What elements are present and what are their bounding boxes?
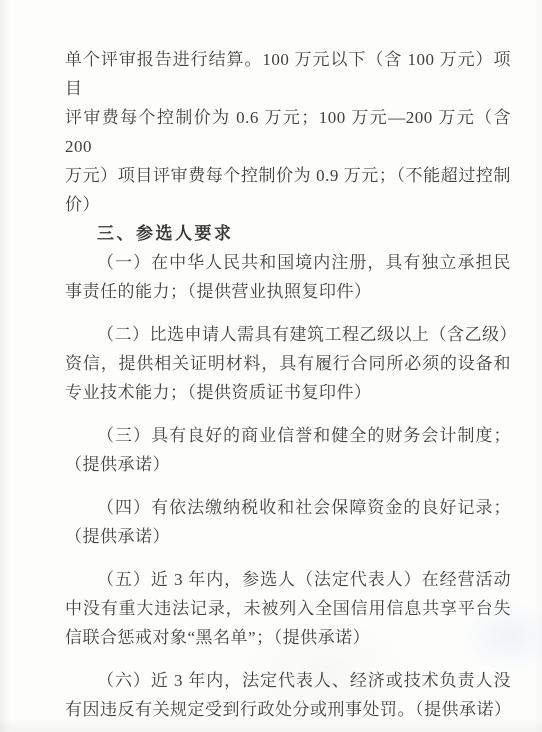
text-line: （六）近 3 年内，法定代表人、经济或技术负责人没 (65, 666, 511, 695)
text-line: 资信，提供相关证明材料，具有履行合同所必须的设备和 (65, 349, 511, 378)
requirement-item-4: （四）有依法缴纳税收和社会保障资金的良好记录；（提供承诺） (65, 493, 511, 551)
text-line: （三）具有良好的商业信誉和健全的财务会计制度； (65, 421, 511, 450)
requirement-item-3: （三）具有良好的商业信誉和健全的财务会计制度；（提供承诺） (65, 421, 511, 479)
document-body: 单个评审报告进行结算。100 万元以下（含 100 万元）项目评审费每个控制价为… (65, 45, 511, 724)
text-line: 事责任的能力；（提供营业执照复印件） (65, 277, 511, 306)
text-line: 评审费每个控制价为 0.6 万元；100 万元—200 万元（含 200 (65, 103, 511, 161)
text-line: 单个评审报告进行结算。100 万元以下（含 100 万元）项目 (65, 45, 511, 103)
requirement-item-2: （二）比选申请人需具有建筑工程乙级以上（含乙级）资信，提供相关证明材料，具有履行… (65, 320, 511, 407)
text-line: 价） (65, 190, 511, 219)
text-line: 专业技术能力；（提供资质证书复印件） (65, 378, 511, 407)
requirement-item-5: （五）近 3 年内，参选人（法定代表人）在经营活动中没有重大违法记录，未被列入全… (65, 565, 511, 652)
fee-settlement-paragraph: 单个评审报告进行结算。100 万元以下（含 100 万元）项目评审费每个控制价为… (65, 45, 511, 219)
text-line: 有因违反有关规定受到行政处分或刑事处罚。（提供承诺） (65, 695, 511, 724)
text-line: 万元）项目评审费每个控制价为 0.9 万元；（不能超过控制 (65, 161, 511, 190)
scanned-document-page: 单个评审报告进行结算。100 万元以下（含 100 万元）项目评审费每个控制价为… (0, 0, 542, 732)
text-line: 中没有重大违法记录，未被列入全国信用信息共享平台失 (65, 594, 511, 623)
text-line: （二）比选申请人需具有建筑工程乙级以上（含乙级） (65, 320, 511, 349)
section-3-heading: 三、参选人要求 (65, 219, 511, 248)
text-line: 三、参选人要求 (65, 219, 511, 248)
text-line: （提供承诺） (65, 450, 511, 479)
text-line: （提供承诺） (65, 522, 511, 551)
text-line: （一）在中华人民共和国境内注册，具有独立承担民 (65, 248, 511, 277)
text-line: （四）有依法缴纳税收和社会保障资金的良好记录； (65, 493, 511, 522)
requirement-item-1: （一）在中华人民共和国境内注册，具有独立承担民事责任的能力；（提供营业执照复印件… (65, 248, 511, 306)
requirement-item-6: （六）近 3 年内，法定代表人、经济或技术负责人没有因违反有关规定受到行政处分或… (65, 666, 511, 724)
text-line: 信联合惩戒对象“黑名单”；（提供承诺） (65, 623, 511, 652)
text-line: （五）近 3 年内，参选人（法定代表人）在经营活动 (65, 565, 511, 594)
